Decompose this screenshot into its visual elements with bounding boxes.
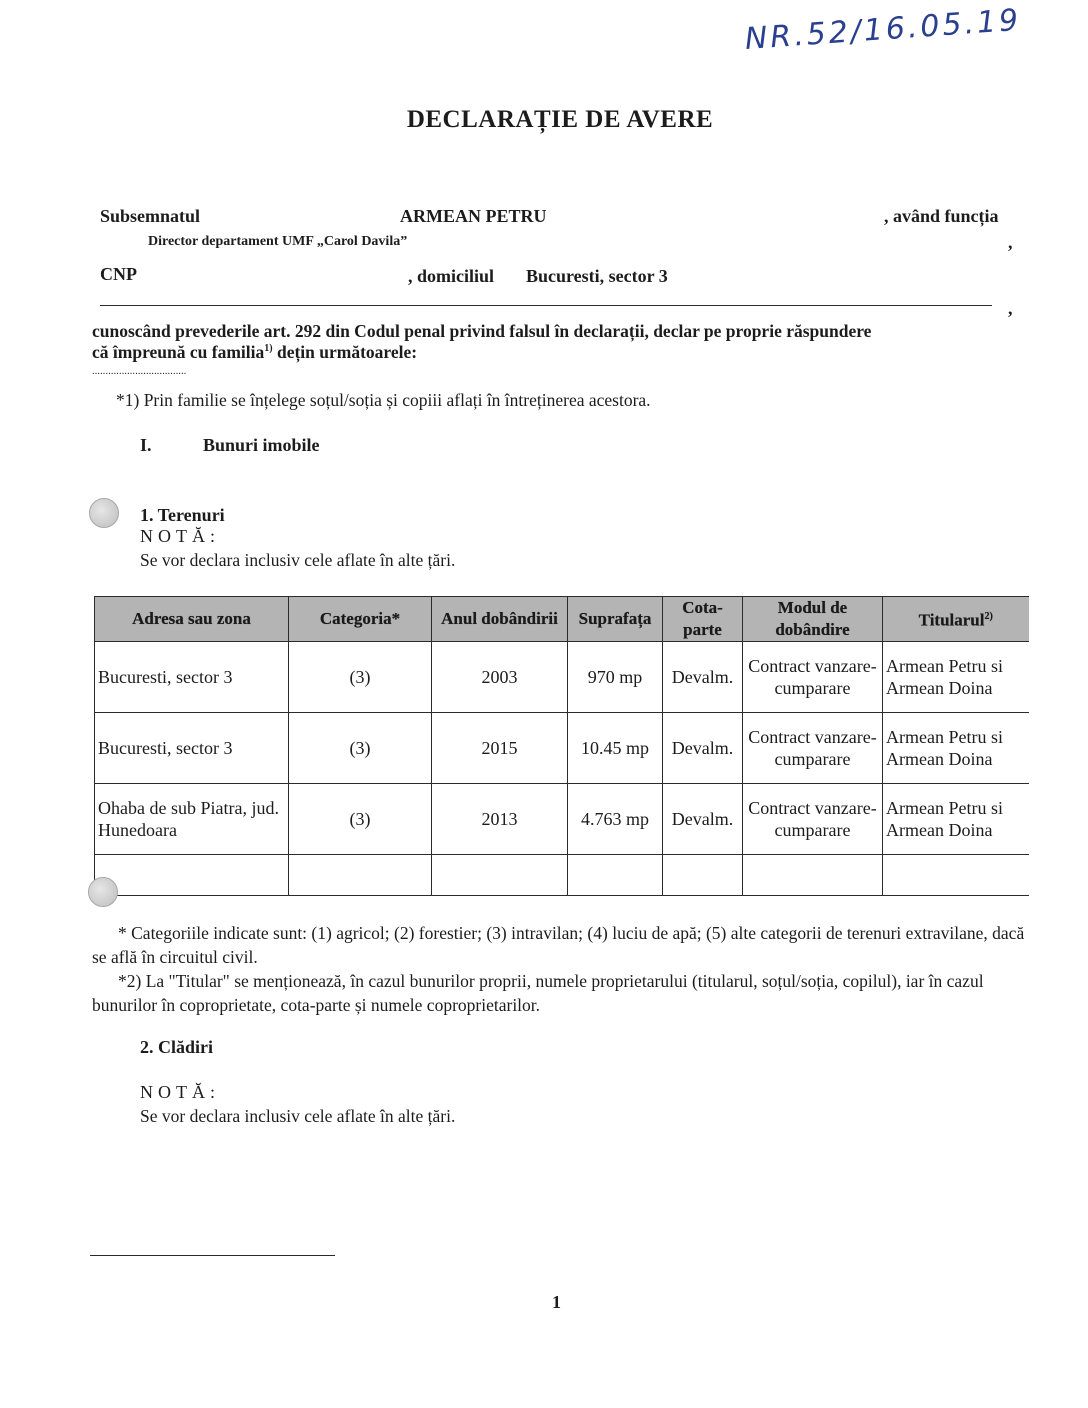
comma-function: , <box>1008 232 1013 253</box>
cell-titular: Armean Petru si Armean Doina <box>883 784 1029 855</box>
label-domicile: , domiciliul <box>408 266 494 287</box>
footnote-titular: *2) La "Titular" se menționează, în cazu… <box>92 969 1032 1017</box>
cell-empty <box>743 855 883 896</box>
cell-suprafata: 970 mp <box>568 642 663 713</box>
cell-empty <box>432 855 568 896</box>
label-function: , având funcția <box>884 206 999 227</box>
cell-categoria: (3) <box>289 642 432 713</box>
col-titular: Titularul2) <box>883 597 1029 642</box>
cell-empty <box>663 855 743 896</box>
table-header-row: Adresa sau zona Categoria* Anul dobândir… <box>95 597 1029 642</box>
col-suprafata: Suprafața <box>568 597 663 642</box>
footnote-categories: * Categoriile indicate sunt: (1) agricol… <box>92 921 1032 969</box>
footnote-separator <box>90 1255 335 1256</box>
declarant-function: Director departament UMF „Carol Davila” <box>148 234 407 250</box>
footnote-ref-1: 1) <box>264 343 272 354</box>
cell-categoria: (3) <box>289 713 432 784</box>
table-row: Bucuresti, sector 3 (3) 2015 10.45 mp De… <box>95 713 1029 784</box>
cell-adresa: Bucuresti, sector 3 <box>95 642 289 713</box>
table-row: Ohaba de sub Piatra, jud. Hunedoara (3) … <box>95 784 1029 855</box>
terenuri-table: Adresa sau zona Categoria* Anul dobândir… <box>94 596 1029 896</box>
footnote-ref-2: 2) <box>984 611 992 622</box>
cell-modul: Contract vanzare-cumparare <box>743 642 883 713</box>
statement-line-2-end: dețin următoarele: <box>273 342 418 362</box>
cell-categoria: (3) <box>289 784 432 855</box>
cell-cota: Devalm. <box>663 713 743 784</box>
cladiri-note-label: NOTĂ: <box>140 1082 220 1103</box>
cell-modul: Contract vanzare-cumparare <box>743 713 883 784</box>
terenuri-heading: 1. Terenuri <box>140 505 225 526</box>
cell-titular: Armean Petru si Armean Doina <box>883 713 1029 784</box>
registration-stamp: NR.52/16.05.19 <box>744 3 1022 57</box>
cell-empty <box>568 855 663 896</box>
page-title: DECLARAȚIE DE AVERE <box>0 106 1088 134</box>
cell-empty <box>95 855 289 896</box>
cell-suprafata: 4.763 mp <box>568 784 663 855</box>
cell-empty <box>289 855 432 896</box>
punch-hole-icon <box>89 498 119 528</box>
statement-line-1: cunoscând prevederile art. 292 din Codul… <box>92 321 871 342</box>
cell-suprafata: 10.45 mp <box>568 713 663 784</box>
col-modul: Modul de dobândire <box>743 597 883 642</box>
cladiri-heading: 2. Clădiri <box>140 1037 213 1058</box>
dotted-separator: ................................... <box>92 366 187 377</box>
cell-modul: Contract vanzare-cumparare <box>743 784 883 855</box>
col-categoria: Categoria* <box>289 597 432 642</box>
cell-adresa: Bucuresti, sector 3 <box>95 713 289 784</box>
label-cnp: CNP <box>100 264 137 285</box>
cladiri-note-text: Se vor declara inclusiv cele aflate în a… <box>140 1106 455 1127</box>
terenuri-note-text: Se vor declara inclusiv cele aflate în a… <box>140 550 455 571</box>
section-title: Bunuri imobile <box>203 435 320 456</box>
label-subsemnatul: Subsemnatul <box>100 206 200 227</box>
terenuri-note-label: NOTĂ: <box>140 526 220 547</box>
col-titular-label: Titularul <box>919 611 985 630</box>
cell-adresa: Ohaba de sub Piatra, jud. Hunedoara <box>95 784 289 855</box>
comma-address: , <box>1008 298 1013 319</box>
cell-titular: Armean Petru si Armean Doina <box>883 642 1029 713</box>
statement-line-2: că împreună cu familia1) dețin următoare… <box>92 342 417 363</box>
table-row-empty <box>95 855 1029 896</box>
cell-anul: 2013 <box>432 784 568 855</box>
cell-anul: 2003 <box>432 642 568 713</box>
col-cota: Cota-parte <box>663 597 743 642</box>
col-anul: Anul dobândirii <box>432 597 568 642</box>
cell-anul: 2015 <box>432 713 568 784</box>
table-row: Bucuresti, sector 3 (3) 2003 970 mp Deva… <box>95 642 1029 713</box>
domicile-value: Bucuresti, sector 3 <box>526 266 668 287</box>
punch-hole-icon <box>88 877 118 907</box>
footnote-1: *1) Prin familie se înțelege soțul/soția… <box>116 390 651 411</box>
cell-cota: Devalm. <box>663 784 743 855</box>
cell-empty <box>883 855 1029 896</box>
address-underline <box>100 305 992 306</box>
page-number: 1 <box>552 1292 561 1313</box>
statement-line-2-start: că împreună cu familia <box>92 342 264 362</box>
col-adresa: Adresa sau zona <box>95 597 289 642</box>
cell-cota: Devalm. <box>663 642 743 713</box>
declarant-name: ARMEAN PETRU <box>400 206 547 227</box>
section-number: I. <box>140 435 152 456</box>
